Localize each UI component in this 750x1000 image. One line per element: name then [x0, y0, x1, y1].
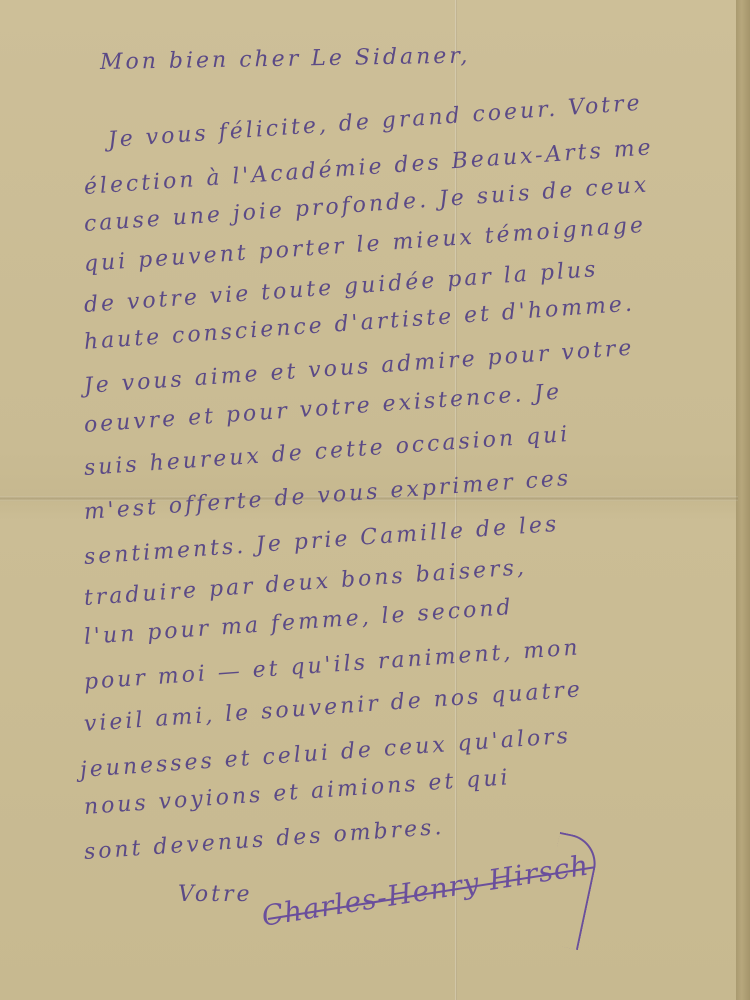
- closing: Votre: [178, 882, 253, 907]
- paper-edge: [736, 0, 750, 1000]
